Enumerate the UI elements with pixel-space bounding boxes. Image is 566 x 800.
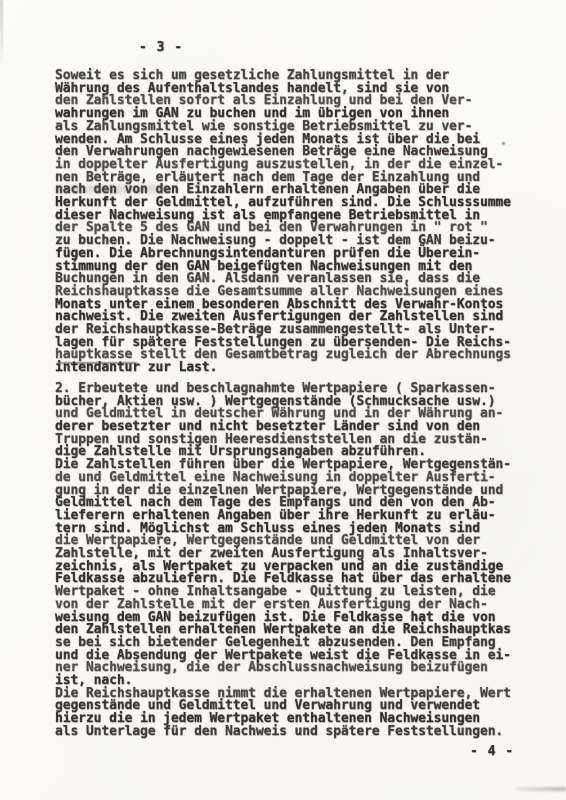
- text-line: zu buchen. Die Nachweisung - doppelt - i…: [55, 235, 525, 248]
- text-line: gegenstände und Geldmittel und Verwahrun…: [55, 700, 525, 713]
- page-number-bottom: - 4 -: [470, 744, 514, 759]
- paragraph-seized-valuables: 2. Erbeutete und beschlagnahmte Wertpapi…: [55, 383, 525, 739]
- text-line: als Unterlage für den Nachweis und späte…: [55, 726, 525, 739]
- text-line: von der Zahlstelle mit der ersten Ausfer…: [55, 599, 525, 612]
- text-line: nach den von den Einzahlern erhaltenen A…: [55, 184, 525, 197]
- text-line: und Geldmittel in deutscher Währung und …: [55, 408, 525, 421]
- text-line: intendantur zur Last.: [55, 362, 525, 375]
- text-line: den Zahlstellen sofort als Einzahlung un…: [55, 95, 525, 108]
- text-line: ner Nachweisung, die der Abschlussnachwe…: [55, 662, 525, 675]
- scan-edge-shadow: [0, 0, 3, 64]
- scan-streak-artifact: [516, 787, 566, 791]
- text-line: hauptkasse stellt den Gesamtbetrag zugle…: [55, 349, 525, 362]
- text-line: Reichshauptkasse die Gesamtsumme aller N…: [55, 286, 525, 299]
- text-line: Zahlstelle, mit der zweiten Ausfertigung…: [55, 548, 525, 561]
- text-line: Geldmittel nach dem Tage des Empfangs un…: [55, 497, 525, 510]
- paragraph-payment-means: Soweit es sich um gesetzliche Zahlungsmi…: [55, 70, 525, 375]
- page-number-top: - 3 -: [139, 40, 183, 55]
- document-body: Soweit es sich um gesetzliche Zahlungsmi…: [55, 70, 525, 739]
- scanned-document-page: - 3 - Soweit es sich um gesetzliche Zahl…: [0, 0, 566, 800]
